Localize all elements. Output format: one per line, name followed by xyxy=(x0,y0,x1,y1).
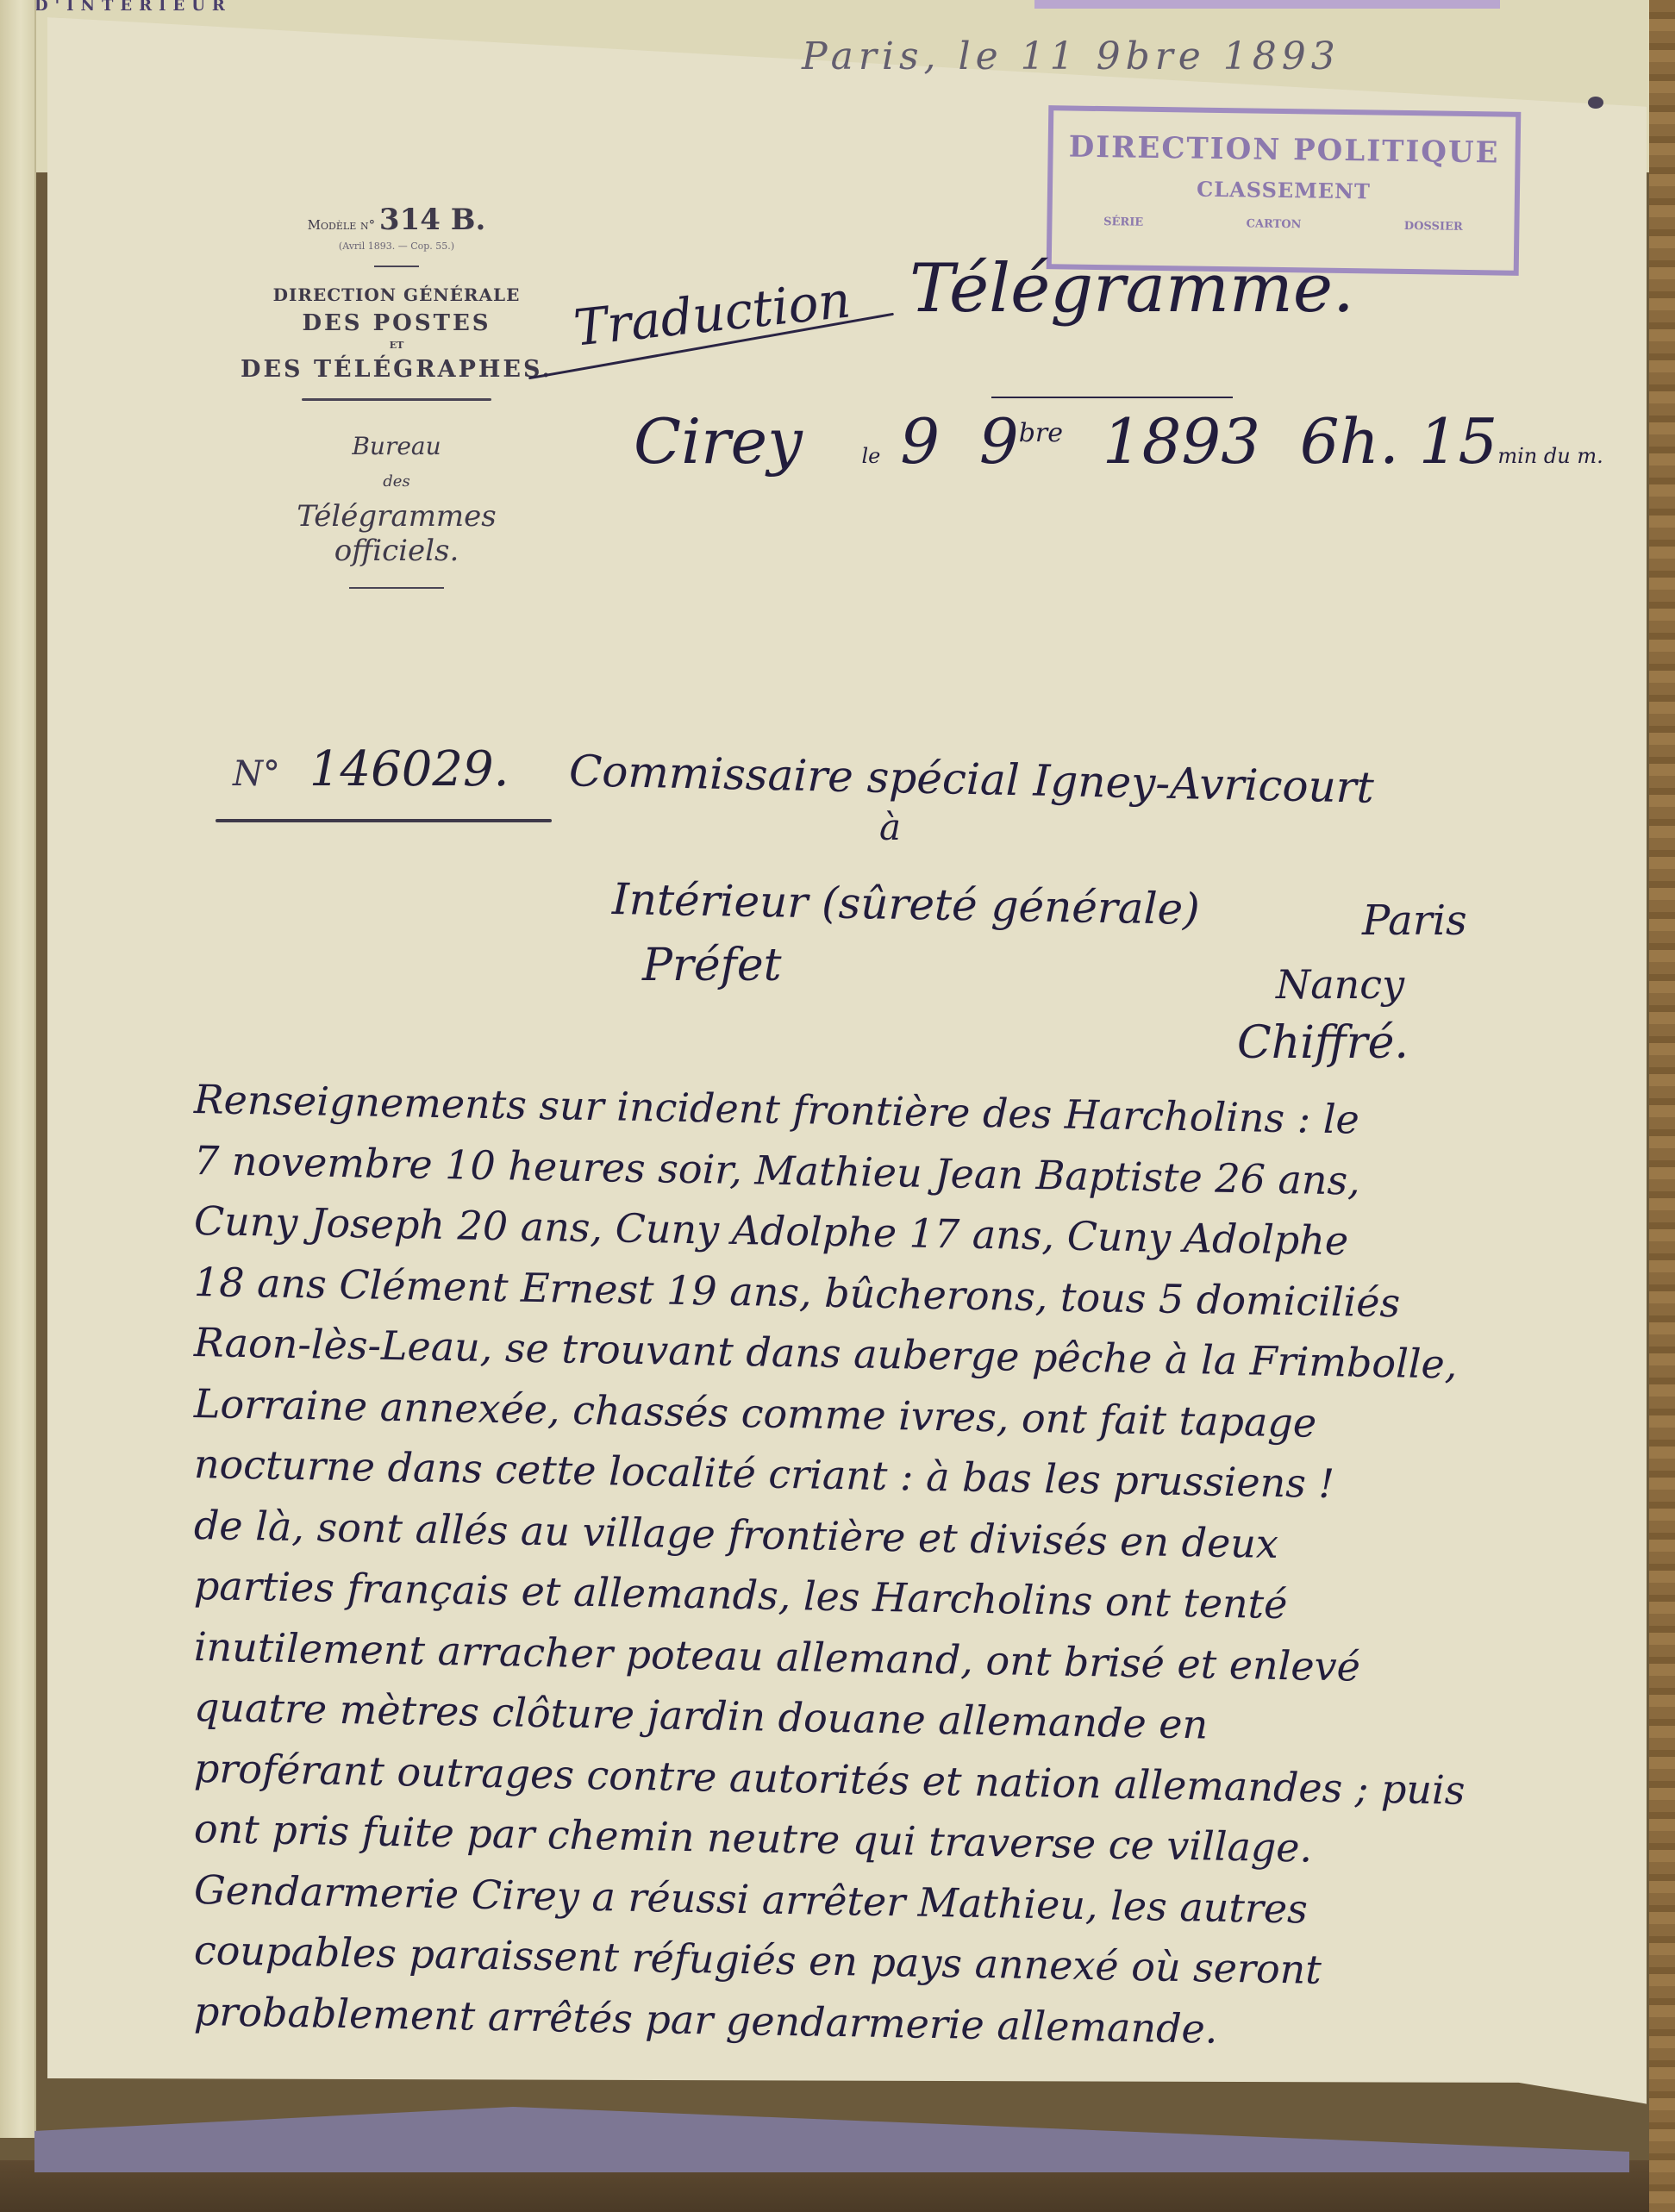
origin-place: Cirey xyxy=(634,405,803,478)
stamp-field-serie: SÉRIE xyxy=(1103,216,1143,229)
origin-month-sup: bre xyxy=(1019,418,1063,448)
divider xyxy=(216,819,552,822)
telegram-number: N° 146029. xyxy=(233,741,578,797)
a-label: à xyxy=(879,806,901,848)
recipient-paris: Paris xyxy=(1362,897,1467,945)
number-value: 146029. xyxy=(309,741,509,797)
modele-subline: (Avril 1893. — Cop. 55.) xyxy=(233,241,560,252)
origin-year: 1893 xyxy=(1103,405,1260,478)
divider xyxy=(349,587,444,589)
origin-time: 6h. 15 xyxy=(1300,405,1498,478)
underlying-page-header: D'INTÉRIEUR xyxy=(34,0,232,14)
origin-rule xyxy=(991,397,1233,398)
bureau-label: Bureau xyxy=(233,432,560,460)
origin-line: Cirey le 9 9bre 1893 6h. 15min du m. xyxy=(634,405,1603,478)
des-label: des xyxy=(233,472,560,491)
stamp-field-dossier: DOSSIER xyxy=(1404,220,1463,234)
underlying-stamp-edge xyxy=(1034,0,1500,9)
page-shadow xyxy=(34,2103,1629,2172)
telegrammes-officiels: Télégrammes officiels. xyxy=(233,499,560,568)
modele-number: 314 B. xyxy=(379,203,485,237)
stamp-title: DIRECTION POLITIQUE xyxy=(1053,129,1516,170)
recipient-prefet: Préfet xyxy=(642,940,782,991)
left-page-edge xyxy=(0,0,36,2138)
divider xyxy=(302,398,491,401)
desk-surface-right xyxy=(1649,0,1675,2212)
modele-label: Modèle n° xyxy=(308,217,375,233)
divider xyxy=(374,266,419,267)
underlying-date-note: Paris, le 11 9bre 1893 xyxy=(802,34,1341,78)
recipient-nancy: Nancy xyxy=(1276,961,1404,1008)
stamp-field-carton: CARTON xyxy=(1247,217,1302,231)
des-telegraphes: DES TÉLÉGRAPHES. xyxy=(233,356,560,383)
printed-form-header: Modèle n° 314 B. (Avril 1893. — Cop. 55.… xyxy=(233,203,560,608)
origin-day: 9 xyxy=(900,405,940,478)
title-telegramme: Télégramme. xyxy=(909,250,1354,328)
telegram-body: Renseignements sur incident frontière de… xyxy=(194,1069,1573,2041)
et-label: ET xyxy=(233,340,560,351)
des-postes: DES POSTES xyxy=(233,310,560,336)
number-label: N° xyxy=(233,754,280,794)
stamp-fields: SÉRIE CARTON DOSSIER xyxy=(1052,215,1514,234)
punch-hole xyxy=(1588,97,1603,109)
recipient-interieur: Intérieur (sûreté générale) xyxy=(612,874,1201,934)
direction-generale: DIRECTION GÉNÉRALE xyxy=(233,284,560,305)
modele-line: Modèle n° 314 B. xyxy=(233,203,560,237)
origin-time-sup: min du m. xyxy=(1497,444,1603,468)
origin-le: le xyxy=(862,444,881,468)
stamp-subtitle: CLASSEMENT xyxy=(1053,174,1515,205)
origin-month: 9 xyxy=(979,405,1019,478)
chiffre-note: Chiffré. xyxy=(1237,1017,1409,1069)
